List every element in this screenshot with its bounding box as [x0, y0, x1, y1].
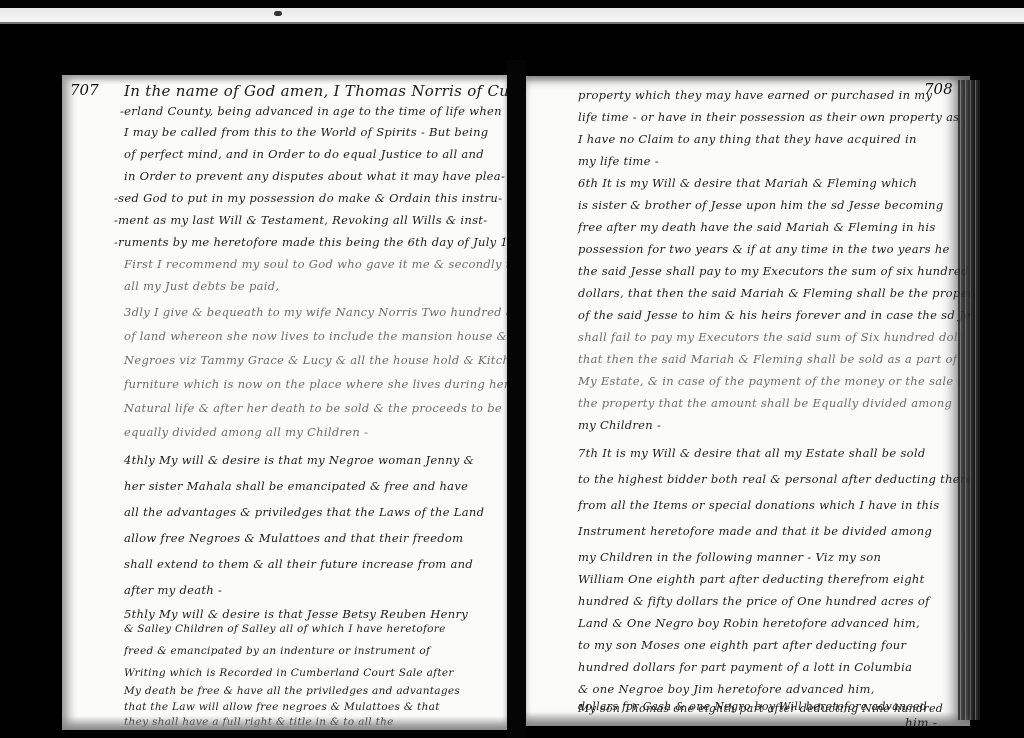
text-line: that the Law will allow free negroes & M…	[124, 701, 440, 713]
page-bottom-shadow	[526, 712, 970, 726]
text-line: hundred & fifty dollars the price of One…	[578, 594, 930, 608]
text-line: My death be free & have all the priviled…	[124, 685, 460, 697]
text-line: 5thly My will & desire is that Jesse Bet…	[124, 607, 468, 621]
text-line: My Estate, & in case of the payment of t…	[578, 374, 969, 388]
text-line: that then the said Mariah & Fleming shal…	[578, 352, 957, 366]
text-line: In the name of God amen, I Thomas Norris…	[124, 82, 507, 100]
text-line: dollars for Cash & one Negro boy Will he…	[578, 700, 927, 713]
text-line: life time - or have in their possession …	[578, 110, 959, 124]
text-line: my Children -	[578, 418, 661, 432]
text-line: Instrument heretofore made and that it b…	[578, 524, 932, 538]
page-bottom-shadow	[62, 716, 507, 730]
text-line: her sister Mahala shall be emancipated &…	[124, 479, 468, 493]
book-gutter	[507, 60, 526, 738]
text-line: 4thly My will & desire is that my Negroe…	[124, 453, 474, 467]
left-page: 707 In the name of God amen, I Thomas No…	[62, 75, 507, 730]
text-line: from all the Items or special donations …	[578, 498, 939, 512]
text-line: of perfect mind, and in Order to do equa…	[124, 147, 484, 161]
text-line: furniture which is now on the place wher…	[124, 377, 507, 391]
text-line: of land whereon she now lives to include…	[124, 329, 507, 343]
text-line: all my Just debts be paid,	[124, 279, 279, 293]
text-line: Negroes viz Tammy Grace & Lucy & all the…	[124, 353, 507, 367]
text-line: of the said Jesse to him & his heirs for…	[578, 308, 970, 322]
text-line: 3dly I give & bequeath to my wife Nancy …	[124, 305, 507, 319]
text-line: freed & emancipated by an indenture or i…	[124, 645, 430, 657]
text-line: -erland County, being advanced in age to…	[120, 104, 502, 118]
text-line: I may be called from this to the World o…	[124, 125, 488, 139]
text-line: shall fail to pay my Executors the said …	[578, 330, 970, 344]
text-line: property which they may have earned or p…	[578, 88, 932, 102]
text-line: I have no Claim to any thing that they h…	[578, 132, 917, 146]
text-line: the said Jesse shall pay to my Executors…	[578, 264, 969, 278]
text-line: my life time -	[578, 154, 659, 168]
text-line: First I recommend my soul to God who gav…	[124, 257, 507, 271]
text-line: is sister & brother of Jesse upon him th…	[578, 198, 944, 212]
text-line: 6th It is my Will & desire that Mariah &…	[578, 176, 917, 190]
text-line: -ment as my last Will & Testament, Revok…	[114, 213, 487, 227]
text-line: -ruments by me heretofore made this bein…	[114, 235, 507, 249]
scanner-top-strip	[0, 8, 1024, 24]
text-line: William One eighth part after deducting …	[578, 572, 925, 586]
text-line: Natural life & after her death to be sol…	[124, 401, 502, 415]
text-line: 7th It is my Will & desire that all my E…	[578, 446, 926, 460]
text-line: Writing which is Recorded in Cumberland …	[124, 667, 454, 679]
page-number-left: 707	[70, 81, 99, 99]
text-line: hundred dollars for part payment of a lo…	[578, 660, 912, 674]
text-line: after my death -	[124, 583, 222, 597]
text-line: & one Negroe boy Jim heretofore advanced…	[578, 682, 875, 696]
text-line: the property that the amount shall be Eq…	[578, 396, 952, 410]
book-edge-right	[958, 80, 980, 720]
text-line: in Order to prevent any disputes about w…	[124, 169, 505, 183]
text-line: possession for two years & if at any tim…	[578, 242, 950, 256]
text-line: Land & One Negro boy Robin heretofore ad…	[578, 616, 920, 630]
text-line: my Children in the following manner - Vi…	[578, 550, 881, 564]
text-line: him -	[905, 716, 937, 730]
text-line: -sed God to put in my possession do make…	[114, 191, 502, 205]
text-line: & Salley Children of Salley all of which…	[124, 623, 446, 635]
text-line: all the advantages & priviledges that th…	[124, 505, 484, 519]
text-line: allow free Negroes & Mulattoes and that …	[124, 531, 463, 545]
right-page: 708 property which they may have earned …	[526, 76, 970, 726]
text-line: shall extend to them & all their future …	[124, 557, 473, 571]
text-line: to the highest bidder both real & person…	[578, 472, 970, 486]
text-line: equally divided among all my Children -	[124, 425, 368, 439]
scan-speck	[274, 11, 282, 16]
text-line: free after my death have the said Mariah…	[578, 220, 936, 234]
text-line: to my son Moses one eighth part after de…	[578, 638, 906, 652]
text-line: dollars, that then the said Mariah & Fle…	[578, 286, 970, 300]
